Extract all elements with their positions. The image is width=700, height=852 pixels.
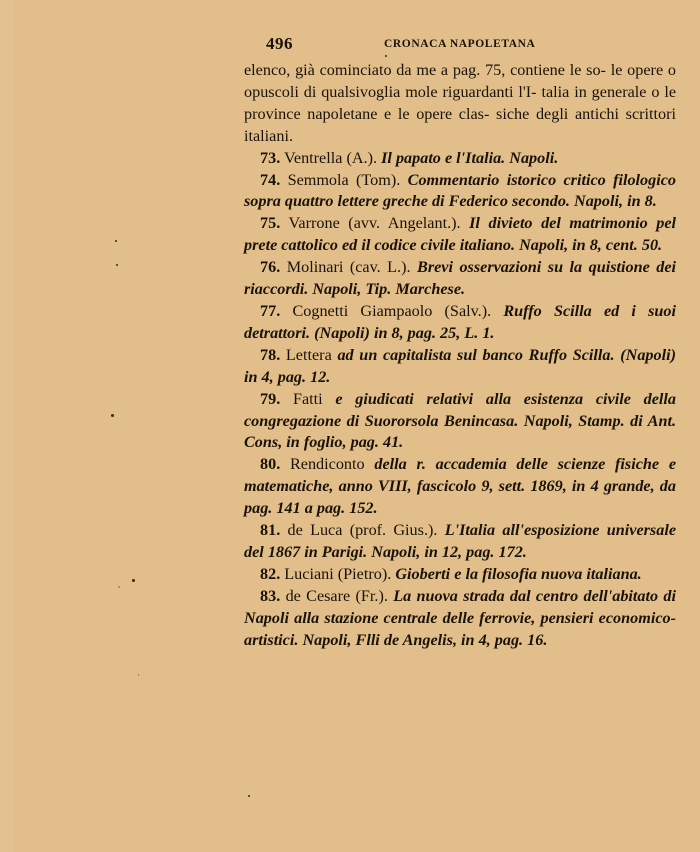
entry-75: 75. Varrone (avv. Angelant.). Il divieto… <box>244 213 676 257</box>
entry-title: Il papato e l'Italia. Napoli. <box>381 149 558 167</box>
entry-author: Rendiconto <box>290 455 365 473</box>
entry-number: 74. <box>260 171 280 189</box>
body-text: elenco, già cominciato da me a pag. 75, … <box>244 60 676 651</box>
entry-83: 83. de Cesare (Fr.). La nuova strada dal… <box>244 586 676 652</box>
entry-81: 81. de Luca (prof. Gius.). L'Italia all'… <box>244 520 676 564</box>
entry-number: 77. <box>260 302 280 320</box>
entry-76: 76. Molinari (cav. L.). Brevi osservazio… <box>244 257 676 301</box>
entry-number: 83. <box>260 587 280 605</box>
entry-author: Lettera <box>286 346 332 364</box>
entry-author: de Cesare (Fr.). <box>286 587 388 605</box>
entry-number: 76. <box>260 258 280 276</box>
entry-number: 79. <box>260 390 280 408</box>
entry-number: 78. <box>260 346 280 364</box>
entry-79: 79. Fatti e giudicati relativi alla esis… <box>244 389 676 455</box>
page-edge <box>0 0 14 852</box>
entry-author: Ventrella (A.). <box>284 149 377 167</box>
entry-author: Molinari (cav. L.). <box>287 258 411 276</box>
intro-paragraph: elenco, già cominciato da me a pag. 75, … <box>244 60 676 148</box>
intro-line: elenco, già cominciato da me a pag. 75, … <box>244 61 606 79</box>
entry-author: Semmola (Tom). <box>288 171 401 189</box>
entry-77: 77. Cognetti Giampaolo (Salv.). Ruffo Sc… <box>244 301 676 345</box>
running-head: CRONACA NAPOLETANA <box>384 38 535 50</box>
entry-number: 80. <box>260 455 280 473</box>
entry-number: 73. <box>260 149 280 167</box>
page-header: 496 CRONACA NAPOLETANA <box>266 34 686 54</box>
paper-speck <box>385 55 387 57</box>
entry-80: 80. Rendiconto della r. accademia delle … <box>244 454 676 520</box>
entry-73: 73. Ventrella (A.). Il papato e l'Italia… <box>244 148 676 170</box>
paper-speck <box>132 579 135 582</box>
paper-speck <box>248 795 250 797</box>
entry-78: 78. Lettera ad un capitalista sul banco … <box>244 345 676 389</box>
paper-speck <box>111 414 114 417</box>
entry-author: Luciani (Pietro). <box>284 565 391 583</box>
entry-82: 82. Luciani (Pietro). Gioberti e la filo… <box>244 564 676 586</box>
page-number: 496 <box>266 34 293 54</box>
entry-author: Fatti <box>293 390 323 408</box>
entry-author: Cognetti Giampaolo (Salv.). <box>292 302 491 320</box>
paper-speck <box>118 586 120 588</box>
paper-speck <box>115 240 117 242</box>
paper-speck <box>138 674 139 676</box>
entry-title: Gioberti e la filosofia nuova italiana. <box>395 565 641 583</box>
entry-number: 75. <box>260 214 280 232</box>
entry-number: 81. <box>260 521 280 539</box>
entry-74: 74. Semmola (Tom). Commentario istorico … <box>244 170 676 214</box>
entry-number: 82. <box>260 565 280 583</box>
entry-author: de Luca (prof. Gius.). <box>288 521 438 539</box>
paper-speck <box>116 264 118 266</box>
entry-author: Varrone (avv. Angelant.). <box>289 214 461 232</box>
